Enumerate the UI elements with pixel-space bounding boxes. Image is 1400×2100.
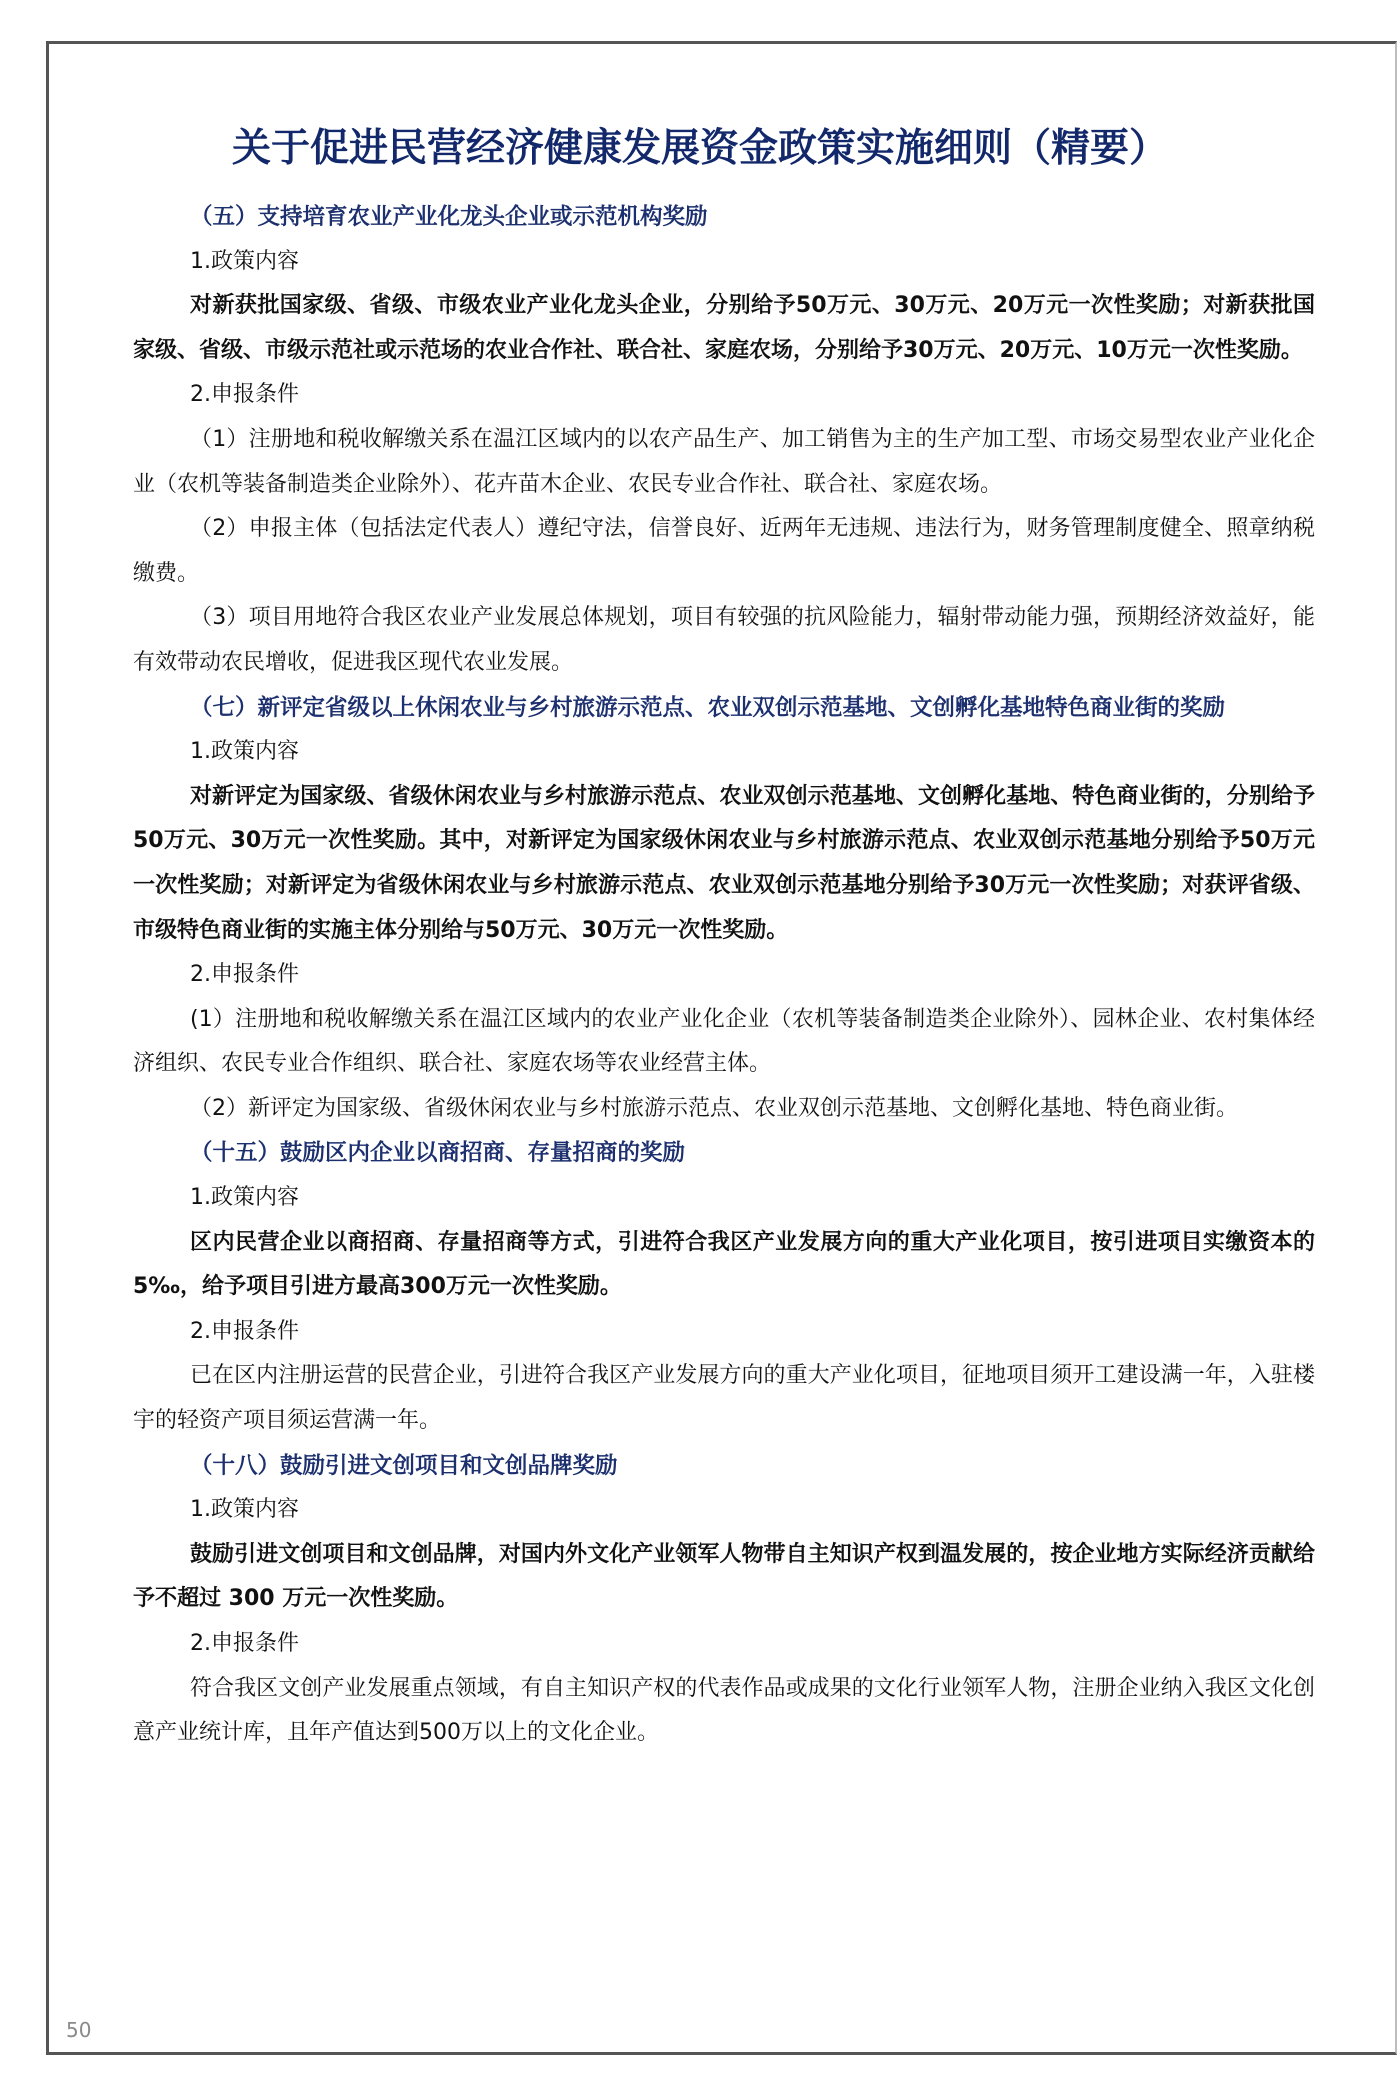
condition-item: （2）申报主体（包括法定代表人）遵纪守法，信誉良好、近两年无违规、违法行为，财务… [133,507,1315,596]
section-heading: （十五）鼓励区内企业以商招商、存量招商的奖励 [133,1131,1315,1176]
policy-content-text: 区内民营企业以商招商、存量招商等方式，引进符合我区产业发展方向的重大产业化项目，… [133,1221,1315,1310]
section-heading: （十八）鼓励引进文创项目和文创品牌奖励 [133,1444,1315,1489]
section-heading: （五）支持培育农业产业化龙头企业或示范机构奖励 [133,195,1315,240]
section-18: （十八）鼓励引进文创项目和文创品牌奖励 1.政策内容 鼓励引进文创项目和文创品牌… [133,1444,1315,1756]
conditions-label: 2.申报条件 [133,1622,1315,1667]
policy-content-text: 鼓励引进文创项目和文创品牌，对国内外文化产业领军人物带自主知识产权到温发展的，按… [133,1533,1315,1622]
condition-item: （1）注册地和税收解缴关系在温江区域内的以农产品生产、加工销售为主的生产加工型、… [133,418,1315,507]
policy-content-text: 对新获批国家级、省级、市级农业产业化龙头企业，分别给予50万元、30万元、20万… [133,284,1315,373]
conditions-label: 2.申报条件 [133,373,1315,418]
section-heading: （七）新评定省级以上休闲农业与乡村旅游示范点、农业双创示范基地、文创孵化基地特色… [133,686,1315,731]
section-5: （五）支持培育农业产业化龙头企业或示范机构奖励 1.政策内容 对新获批国家级、省… [133,195,1315,686]
condition-item: （3）项目用地符合我区农业产业发展总体规划，项目有较强的抗风险能力，辐射带动能力… [133,596,1315,685]
section-15: （十五）鼓励区内企业以商招商、存量招商的奖励 1.政策内容 区内民营企业以商招商… [133,1131,1315,1443]
document-title: 关于促进民营经济健康发展资金政策实施细则（精要） [0,124,1400,174]
conditions-label: 2.申报条件 [133,953,1315,998]
document-body: （五）支持培育农业产业化龙头企业或示范机构奖励 1.政策内容 对新获批国家级、省… [133,195,1315,1756]
condition-item: 已在区内注册运营的民营企业，引进符合我区产业发展方向的重大产业化项目，征地项目须… [133,1354,1315,1443]
policy-content-label: 1.政策内容 [133,1488,1315,1533]
condition-item: (1）注册地和税收解缴关系在温江区域内的农业产业化企业（农机等装备制造类企业除外… [133,998,1315,1087]
policy-content-label: 1.政策内容 [133,1176,1315,1221]
conditions-label: 2.申报条件 [133,1310,1315,1355]
condition-item: 符合我区文创产业发展重点领域，有自主知识产权的代表作品或成果的文化行业领军人物，… [133,1667,1315,1756]
policy-content-label: 1.政策内容 [133,240,1315,285]
condition-item: （2）新评定为国家级、省级休闲农业与乡村旅游示范点、农业双创示范基地、文创孵化基… [133,1087,1315,1132]
policy-content-label: 1.政策内容 [133,730,1315,775]
section-7: （七）新评定省级以上休闲农业与乡村旅游示范点、农业双创示范基地、文创孵化基地特色… [133,686,1315,1132]
policy-content-text: 对新评定为国家级、省级休闲农业与乡村旅游示范点、农业双创示范基地、文创孵化基地、… [133,775,1315,953]
page-number: 50 [66,2018,91,2042]
